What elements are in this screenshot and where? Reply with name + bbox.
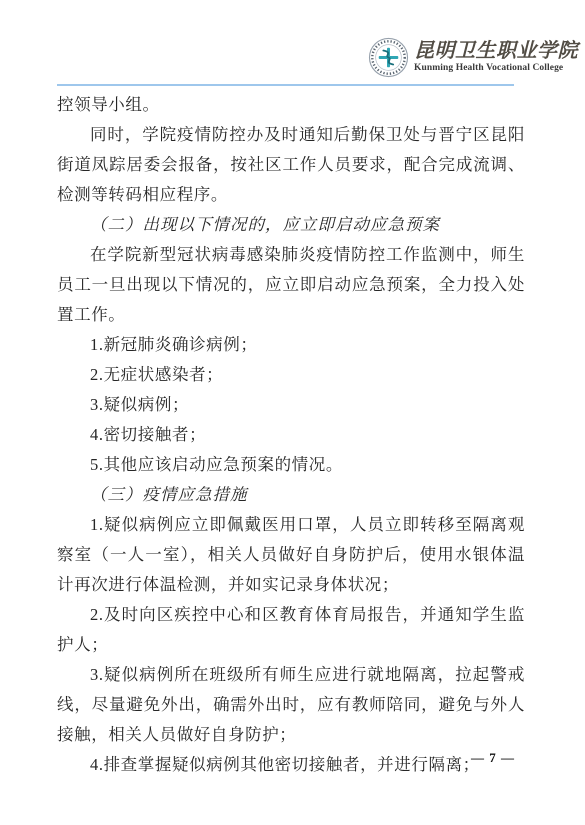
document-body: 控领导小组。 同时，学院疫情防控办及时通知后勤保卫处与晋宁区昆阳街道凤踪居委会报… — [0, 90, 585, 780]
paragraph: 控领导小组。 — [57, 90, 525, 120]
list-item-3: 3.疑似病例； — [57, 390, 525, 420]
page-header: 昆明卫生职业学院 Kunming Health Vocational Colle… — [368, 37, 578, 78]
section-heading-2: （二）出现以下情况的，应立即启动应急预案 — [57, 210, 525, 240]
paragraph: 同时，学院疫情防控办及时通知后勤保卫处与晋宁区昆阳街道凤踪居委会报备，按社区工作… — [57, 120, 525, 210]
list-item-5: 5.其他应该启动应急预案的情况。 — [57, 450, 525, 480]
list-item-4: 4.密切接触者； — [57, 420, 525, 450]
college-name-zh: 昆明卫生职业学院 — [414, 41, 578, 62]
document-page: 昆明卫生职业学院 Kunming Health Vocational Colle… — [0, 0, 585, 825]
header-divider — [57, 84, 514, 86]
list-item-2: 2.无症状感染者； — [57, 360, 525, 390]
college-name-block: 昆明卫生职业学院 Kunming Health Vocational Colle… — [414, 41, 578, 74]
measure-item-1: 1.疑似病例应立即佩戴医用口罩，人员立即转移至隔离观察室（一人一室），相关人员做… — [57, 510, 525, 600]
college-name-en: Kunming Health Vocational College — [414, 64, 578, 74]
page-number: — 7 — — [471, 750, 515, 766]
measure-item-3: 3.疑似病例所在班级所有师生应进行就地隔离，拉起警戒线，尽量避免外出，确需外出时… — [57, 660, 525, 750]
list-item-1: 1.新冠肺炎确诊病例； — [57, 330, 525, 360]
section-heading-3: （三）疫情应急措施 — [57, 480, 525, 510]
college-seal-icon — [368, 37, 409, 78]
measure-item-4: 4.排查掌握疑似病例其他密切接触者，并进行隔离； — [57, 750, 525, 780]
paragraph: 在学院新型冠状病毒感染肺炎疫情防控工作监测中，师生员工一旦出现以下情况的，应立即… — [57, 240, 525, 330]
measure-item-2: 2.及时向区疾控中心和区教育体育局报告，并通知学生监护人； — [57, 600, 525, 660]
